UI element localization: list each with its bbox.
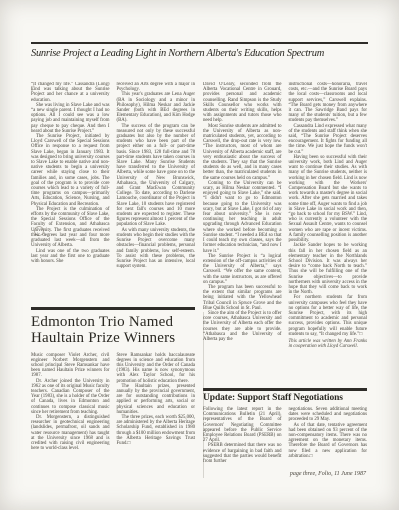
column-divider-rule	[203, 312, 204, 478]
sunrise-column-4: instructional costs—honoraria, travel co…	[289, 82, 368, 384]
body-paragraph: The Sunrise Project, initiated by Lloyd …	[31, 134, 110, 207]
sunrise-column-3: David O'Leary, seconded from the Alberta…	[203, 82, 282, 384]
haultain-columns: Music composer Violet Archer, civil engi…	[31, 353, 195, 452]
body-paragraph: Music composer Violet Archer, civil engi…	[31, 353, 110, 379]
body-paragraph: The three prizes, each worth $25,000, ar…	[117, 415, 196, 446]
body-paragraph: The success of the program can be measur…	[117, 124, 196, 228]
newspaper-page: Sunrise Project a Leading Light in North…	[0, 0, 399, 510]
haultain-headline-line2: Haultain Prize Winners	[31, 330, 175, 346]
body-paragraph: Dr. Archer joined the University in 1962…	[31, 379, 110, 415]
body-paragraph: Having been so successful with their uni…	[289, 155, 368, 243]
body-paragraph: instructional costs—honoraria, travel co…	[289, 82, 368, 124]
body-paragraph: Dr. Morgenstern, a distinguished researc…	[31, 415, 110, 451]
haultain-article-headline: Edmonton Trio Named Haultain Prize Winne…	[31, 314, 195, 347]
body-paragraph: Steve Ramsankar holds baccalaureate degr…	[117, 353, 196, 384]
scan-artifact-ring	[34, 226, 44, 236]
page-body: “It changed my life.” Cassandra (Long) L…	[31, 82, 368, 477]
haultain-column-1: Music composer Violet Archer, civil engi…	[31, 353, 110, 452]
masthead-rule	[31, 42, 368, 44]
body-paragraph: The program has been successful to the e…	[203, 285, 282, 311]
body-paragraph: Following the latest report in the Commu…	[203, 407, 282, 443]
sunrise-article-headline: Sunrise Project a Leading Light in North…	[31, 48, 368, 59]
haultain-article-rule	[31, 307, 195, 310]
haultain-headline-line1: Edmonton Trio Named	[31, 314, 173, 330]
body-paragraph: For northern students far from universit…	[289, 295, 368, 337]
update-column-2: negotiations. Seven additional meeting d…	[289, 407, 368, 464]
body-paragraph: She was living in Slave Lake and was “a …	[31, 103, 110, 134]
update-headline: Update: Support Staff Negotiations	[203, 393, 367, 404]
update-column-1: Following the latest report in the Commu…	[203, 407, 282, 464]
body-paragraph: Most Sunrise students are admitted to th…	[203, 124, 282, 181]
body-paragraph: As of that date, tentative agreement had…	[289, 423, 368, 459]
sunrise-columns-right: David O'Leary, seconded from the Alberta…	[203, 82, 367, 384]
body-paragraph: received an Arts degree with a major in …	[117, 82, 196, 92]
sunrise-column-1: “It changed my life.” Cassandra (Long) L…	[31, 82, 110, 304]
body-paragraph: This year's graduates are Lena Auger (BA…	[117, 92, 196, 123]
body-paragraph: Cassandra Lind expressed what many of th…	[289, 124, 368, 155]
article-credit: This article was written by Ann Franks i…	[289, 339, 368, 349]
body-paragraph: The Haultain prizes, presented annually …	[117, 384, 196, 415]
body-paragraph: Jackie Sander hopes to be working this f…	[289, 243, 368, 295]
page-footer: page three, Folio, 11 June 1987	[203, 471, 367, 477]
right-half: David O'Leary, seconded from the Alberta…	[203, 82, 367, 477]
body-paragraph: The Sunrise Project is “a logical extens…	[203, 254, 282, 285]
haultain-column-2: Steve Ramsankar holds baccalaureate degr…	[117, 353, 196, 452]
body-paragraph: Lind was one of the two graduates last y…	[31, 249, 110, 265]
update-box-rule	[203, 388, 367, 391]
body-paragraph: negotiations. Seven additional meeting d…	[289, 407, 368, 423]
body-paragraph: Since the aim of the Project is to offer…	[203, 311, 282, 342]
body-paragraph: As with many university students, the st…	[117, 228, 196, 270]
body-paragraph: Coming to the University can be scary, a…	[203, 181, 282, 254]
body-paragraph: “It changed my life.” Cassandra (Long) L…	[31, 82, 110, 103]
body-paragraph: PSERB determined that there was no evide…	[203, 443, 282, 464]
update-columns: Following the latest report in the Commu…	[203, 407, 367, 464]
sunrise-column-2: received an Arts degree with a major in …	[117, 82, 196, 304]
update-box: Update: Support Staff Negotiations Follo…	[203, 388, 367, 464]
sunrise-columns-left: “It changed my life.” Cassandra (Long) L…	[31, 82, 195, 304]
body-paragraph: David O'Leary, seconded from the Alberta…	[203, 82, 282, 124]
left-half: “It changed my life.” Cassandra (Long) L…	[31, 82, 195, 477]
